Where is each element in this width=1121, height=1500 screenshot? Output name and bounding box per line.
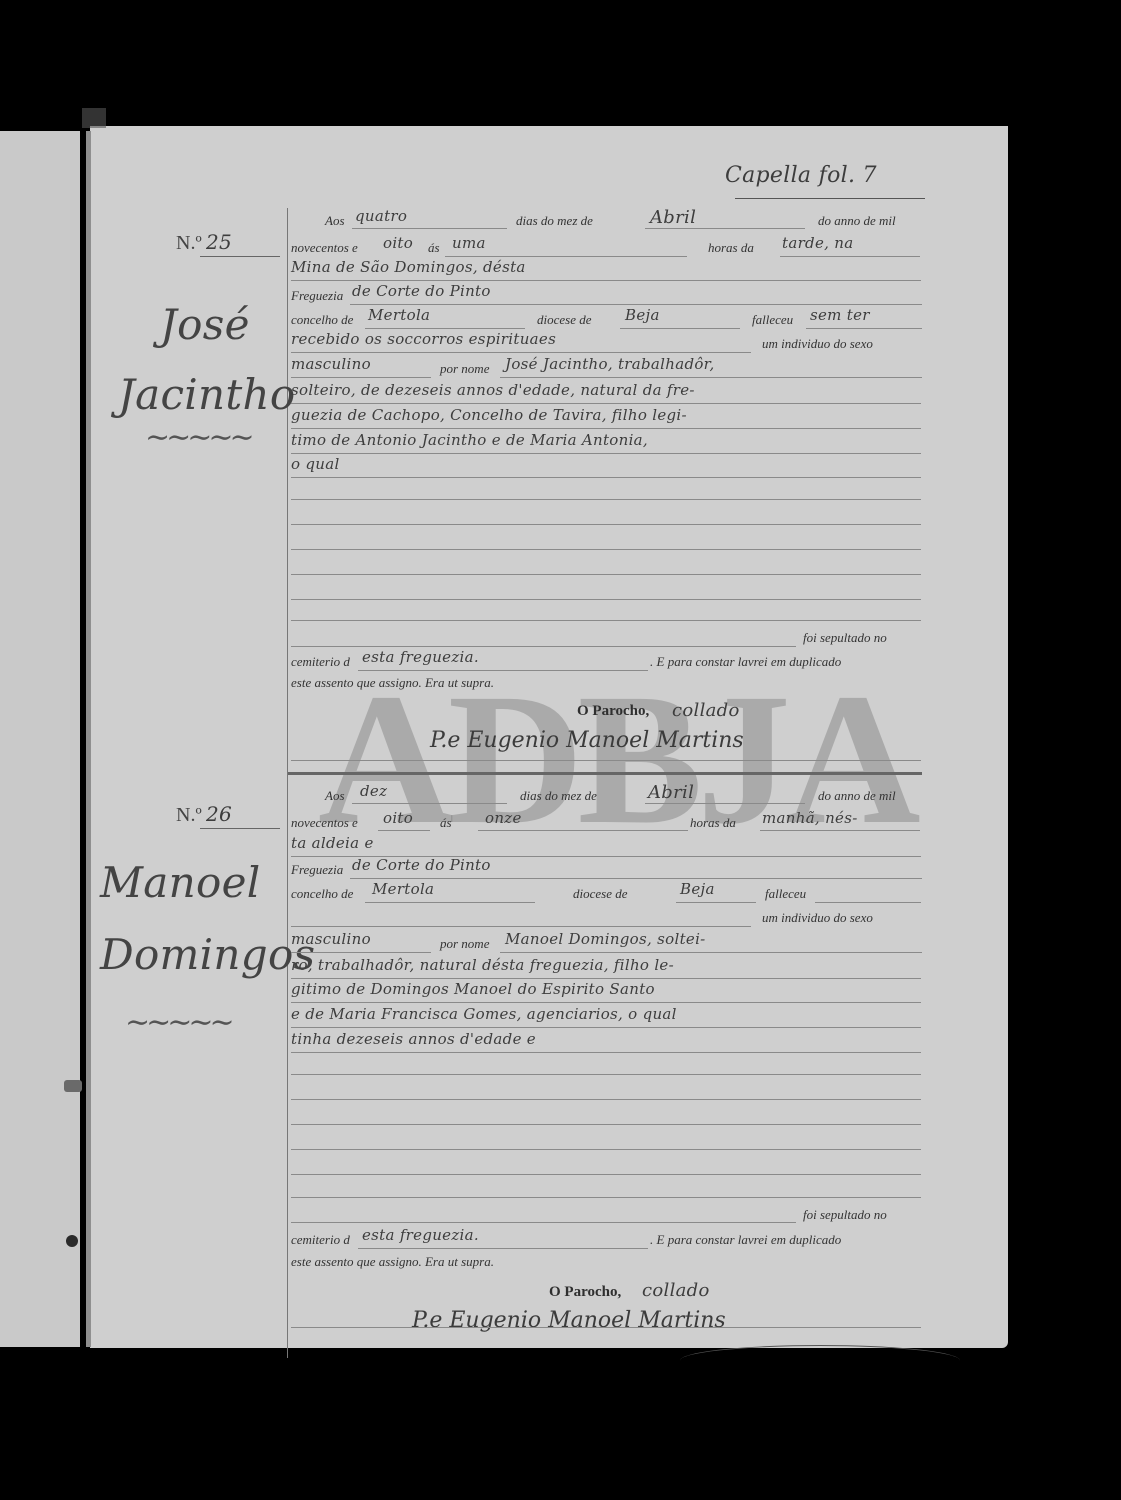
fill-line <box>445 256 687 257</box>
fill-line <box>645 803 805 804</box>
print-text: . E para constar lavrei em duplicado <box>650 654 841 670</box>
fill-line <box>645 228 805 229</box>
entry-number-label: N.º <box>176 804 202 827</box>
fill-line <box>291 1222 796 1223</box>
handwritten-text: sem ter <box>810 306 870 324</box>
signature-flourish <box>680 1345 960 1376</box>
parish-priest-title: O Parocho, <box>549 1284 621 1301</box>
handwritten-name: José Jacintho, trabalhadôr, <box>505 355 715 373</box>
print-text: novecentos e <box>291 815 358 831</box>
print-text: falleceu <box>765 886 806 902</box>
fill-line <box>365 902 535 903</box>
facing-page-edge <box>0 131 80 1347</box>
handwritten-diocese: Beja <box>625 306 660 324</box>
handwritten-text: recebido os soccorros espirituaes <box>291 330 556 348</box>
blank-line <box>291 1197 921 1198</box>
fill-line <box>620 328 740 329</box>
print-text: ás <box>428 240 440 256</box>
handwritten-text: timo de Antonio Jacintho e de Maria Anto… <box>291 431 648 449</box>
fill-line <box>291 453 921 454</box>
handwritten-municipality: Mertola <box>368 306 430 324</box>
fill-line <box>358 670 648 671</box>
fill-line <box>291 952 431 953</box>
handwritten-period: manhã, nés- <box>762 809 858 827</box>
fill-line <box>378 830 430 831</box>
blank-line <box>291 599 921 600</box>
handwritten-place: Mina de São Domingos, désta <box>291 258 526 276</box>
print-text: concelho de <box>291 886 353 902</box>
blank-line <box>291 574 921 575</box>
fill-line <box>500 952 922 953</box>
handwritten-name: Manoel Domingos, soltei- <box>505 930 706 948</box>
handwritten-cemetery: esta freguezia. <box>362 648 479 666</box>
handwritten-collado: collado <box>642 1280 710 1301</box>
fill-line <box>350 878 922 879</box>
handwritten-day: quatro <box>355 207 407 225</box>
blank-line <box>291 549 921 550</box>
entry-number: 25 <box>206 230 232 254</box>
print-text: Aos <box>325 788 345 804</box>
handwritten-sex: masculino <box>291 930 371 948</box>
handwritten-parish: de Corte do Pinto <box>352 856 491 874</box>
handwritten-text: guezia de Cachopo, Concelho de Tavira, f… <box>291 406 687 424</box>
print-text: concelho de <box>291 312 353 328</box>
blank-line <box>291 1149 921 1150</box>
handwritten-day: dez <box>360 782 387 800</box>
parish-priest-title: O Parocho, <box>577 703 649 720</box>
fill-line <box>291 377 431 378</box>
fill-line <box>291 477 921 478</box>
handwritten-period: tarde, na <box>782 234 853 252</box>
annotation-underline <box>735 198 925 199</box>
handwritten-municipality: Mertola <box>372 880 434 898</box>
margin-first-name: Manoel <box>100 858 260 907</box>
fill-line <box>291 280 921 281</box>
print-text: horas da <box>708 240 754 256</box>
signature-line <box>291 760 921 761</box>
print-text: do anno de mil <box>818 788 896 804</box>
handwritten-collado: collado <box>672 700 740 721</box>
handwritten-diocese: Beja <box>680 880 715 898</box>
handwritten-text: e de Maria Francisca Gomes, agenciarios,… <box>291 1005 677 1023</box>
print-text: falleceu <box>752 312 793 328</box>
print-text: um individuo do sexo <box>762 336 873 352</box>
blank-line <box>291 1124 921 1125</box>
margin-flourish: ∼∼∼∼∼ <box>125 1005 231 1040</box>
print-text: do anno de mil <box>818 213 896 229</box>
fill-line <box>291 646 796 647</box>
fill-line <box>291 1002 921 1003</box>
margin-surname: Jacintho <box>118 370 296 419</box>
binding-thread-knot <box>64 1080 82 1092</box>
number-underline <box>200 828 280 829</box>
entry-separator <box>288 772 922 775</box>
binding-corner-mark <box>82 108 106 128</box>
folio-annotation: Capella fol. 7 <box>725 163 877 188</box>
print-text: cemiterio d <box>291 1232 350 1248</box>
handwritten-text: tinha dezeseis annos d'edade e <box>291 1030 536 1048</box>
fill-line <box>500 377 922 378</box>
handwritten-year: oito <box>383 809 413 827</box>
fill-line <box>780 256 920 257</box>
handwritten-place: ta aldeia e <box>291 834 374 852</box>
fill-line <box>350 304 922 305</box>
print-text: dias do mez de <box>516 213 593 229</box>
print-text: Freguezia <box>291 288 343 304</box>
print-text: um individuo do sexo <box>762 910 873 926</box>
fill-line <box>358 1248 648 1249</box>
blank-line <box>291 524 921 525</box>
print-text: cemiterio d <box>291 654 350 670</box>
binding-thread-knot <box>66 1235 78 1247</box>
print-text: dias do mez de <box>520 788 597 804</box>
margin-surname: Domingos <box>100 930 315 979</box>
handwritten-year: oito <box>383 234 413 252</box>
print-text: ás <box>440 815 452 831</box>
blank-line <box>291 1074 921 1075</box>
book-spine <box>86 131 91 1347</box>
fill-line <box>291 352 751 353</box>
fill-line <box>291 926 751 927</box>
print-text: foi sepultado no <box>803 630 887 646</box>
fill-line <box>352 228 507 229</box>
fill-line <box>676 902 756 903</box>
signature-line <box>291 1327 921 1328</box>
handwritten-text: o qual <box>291 455 340 473</box>
print-text: novecentos e <box>291 240 358 256</box>
handwritten-sex: masculino <box>291 355 371 373</box>
handwritten-month: Abril <box>648 782 694 803</box>
print-text: diocese de <box>537 312 592 328</box>
blank-line <box>291 499 921 500</box>
handwritten-hour: onze <box>485 809 522 827</box>
entry-number-label: N.º <box>176 232 202 255</box>
handwritten-cemetery: esta freguezia. <box>362 1226 479 1244</box>
handwritten-month: Abril <box>650 207 696 228</box>
fill-line <box>291 978 921 979</box>
fill-line <box>291 428 921 429</box>
fill-line <box>291 1052 921 1053</box>
print-text: foi sepultado no <box>803 1207 887 1223</box>
print-text: este assento que assigno. Era ut supra. <box>291 675 494 691</box>
handwritten-text: solteiro, de dezeseis annos d'edade, nat… <box>291 381 695 399</box>
margin-flourish: ∼∼∼∼∼ <box>145 420 251 455</box>
print-text: este assento que assigno. Era ut supra. <box>291 1254 494 1270</box>
fill-line <box>478 830 688 831</box>
blank-line <box>291 620 921 621</box>
print-text: diocese de <box>573 886 628 902</box>
print-text: horas da <box>690 815 736 831</box>
fill-line <box>291 1027 921 1028</box>
number-underline <box>200 256 280 257</box>
fill-line <box>815 902 921 903</box>
handwritten-text: ro, trabalhadôr, natural désta freguezia… <box>291 956 674 974</box>
print-text: Freguezia <box>291 862 343 878</box>
priest-signature: P.e Eugenio Manoel Martins <box>430 728 744 753</box>
print-text: por nome <box>440 936 489 952</box>
blank-line <box>291 1099 921 1100</box>
fill-line <box>760 830 920 831</box>
entry-number: 26 <box>206 802 232 826</box>
priest-signature: P.e Eugenio Manoel Martins <box>412 1308 726 1333</box>
fill-line <box>352 803 507 804</box>
fill-line <box>365 328 525 329</box>
margin-first-name: José <box>160 300 250 349</box>
handwritten-hour: uma <box>452 234 486 252</box>
print-text: por nome <box>440 361 489 377</box>
blank-line <box>291 1174 921 1175</box>
fill-line <box>291 403 921 404</box>
print-text: Aos <box>325 213 345 229</box>
print-text: . E para constar lavrei em duplicado <box>650 1232 841 1248</box>
handwritten-text: gitimo de Domingos Manoel do Espirito Sa… <box>291 980 655 998</box>
handwritten-parish: de Corte do Pinto <box>352 282 491 300</box>
fill-line <box>806 328 922 329</box>
